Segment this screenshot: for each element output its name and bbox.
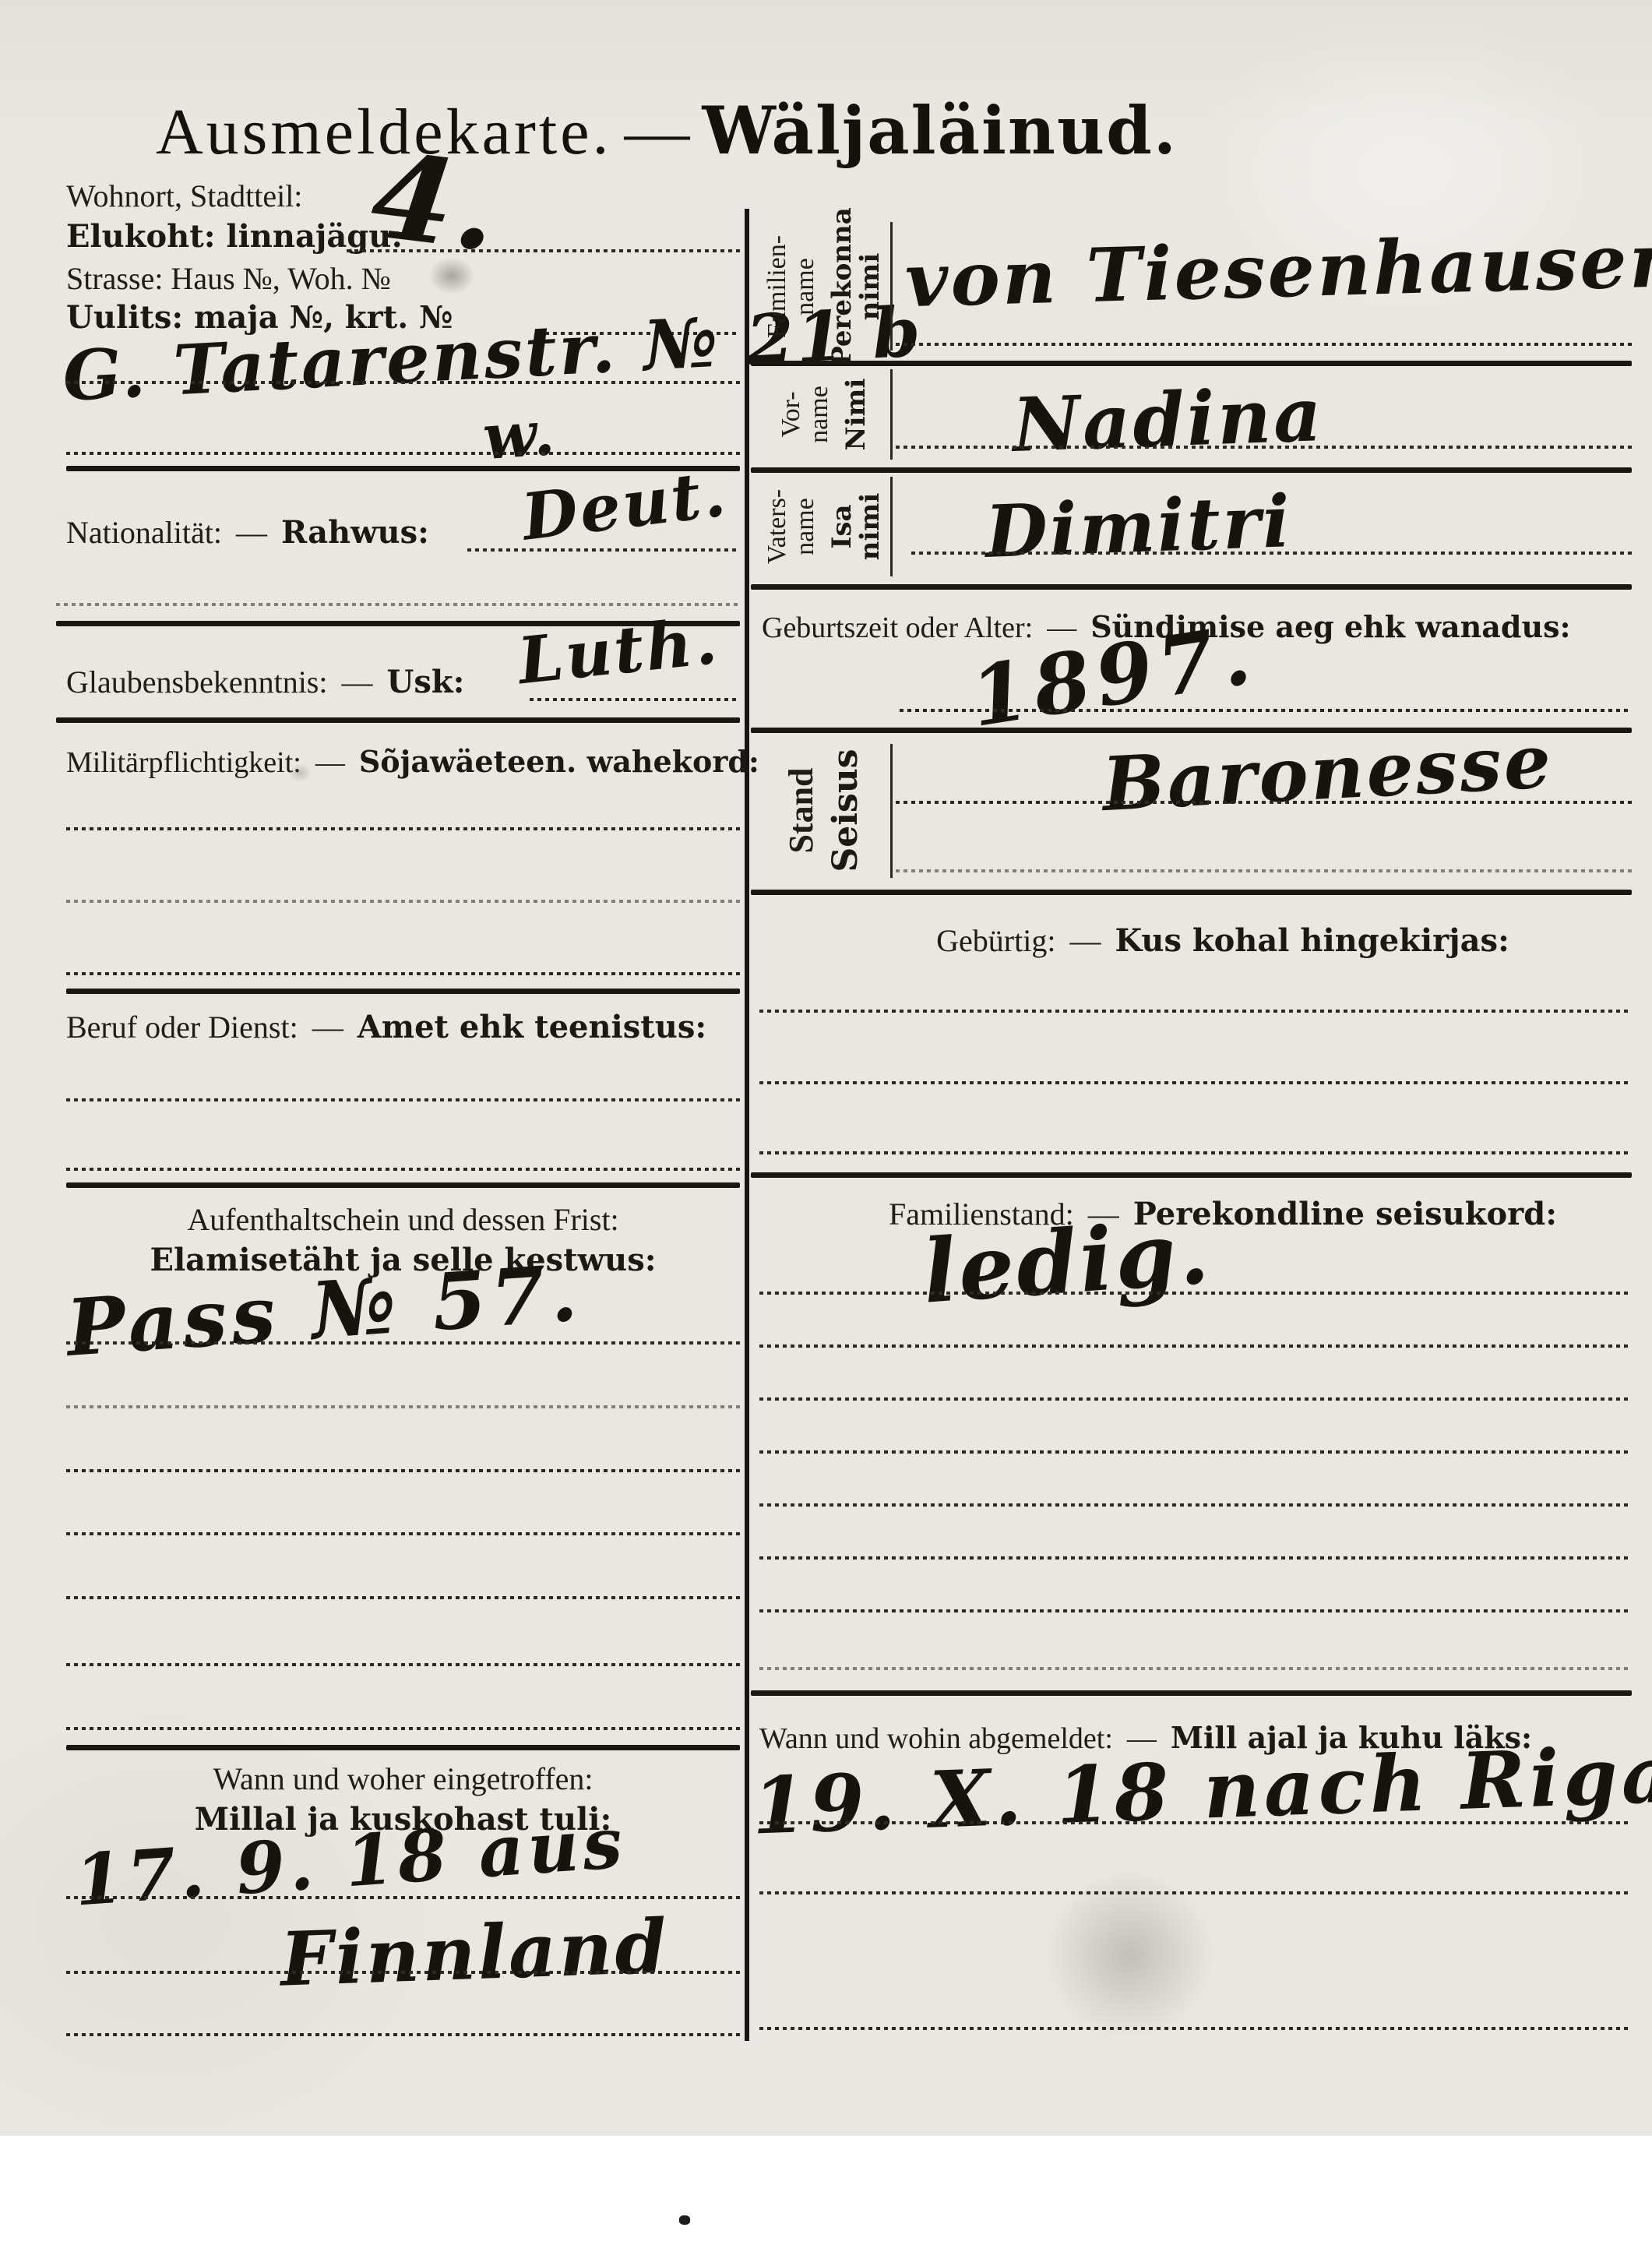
dotted-line: [66, 2033, 740, 2036]
dotted-line: [759, 1503, 1632, 1507]
ink-blot: [679, 2215, 690, 2225]
section-rule: [751, 584, 1632, 590]
dotted-line: [759, 1081, 1632, 1084]
section-rule: [751, 467, 1632, 473]
dotted-line: [66, 1405, 740, 1408]
dotted-line: [66, 900, 740, 903]
address-label-wohnort: Wohnort, Stadtteil:: [66, 179, 302, 213]
dotted-line: [66, 1896, 740, 1899]
ink-smudge: [1044, 1870, 1215, 2041]
handwriting-first-name: Nadina: [1011, 378, 1325, 463]
dotted-line: [66, 1168, 740, 1171]
dotted-line: [66, 452, 740, 455]
first-name-label-cell: Vor-name Nimi: [759, 366, 888, 463]
dotted-line: [56, 603, 740, 606]
title-dash: —: [624, 96, 689, 168]
dotted-line: [66, 972, 740, 975]
dotted-line: [66, 1532, 740, 1535]
profession-label: Beruf oder Dienst: — Amet ehk teenistus:: [66, 1010, 706, 1045]
profession-label-et: Amet ehk teenistus:: [358, 1010, 706, 1045]
handwriting-nationality: Deut.: [519, 461, 731, 550]
dotted-line: [759, 1450, 1632, 1454]
military-label-et: Sõjawäeteen. wahekord:: [359, 745, 759, 778]
origin-label-de: Gebürtig:: [936, 924, 1055, 958]
dotted-line: [530, 698, 740, 701]
handwriting-father-name: Dimitri: [985, 485, 1294, 568]
religion-label-et: Usk:: [387, 665, 465, 700]
label-dash: —: [1069, 924, 1101, 958]
section-rule: [751, 1172, 1632, 1178]
handwriting-arrival-place: Finnland: [279, 1909, 670, 1997]
section-rule: [751, 890, 1632, 895]
family-name-label-cell: Familien-name Perekonna nimi: [759, 220, 888, 354]
address-label-line3: Strasse: Haus №, Woh. №: [66, 262, 391, 296]
family-name-label-de: Familien-name: [763, 220, 819, 354]
dotted-line: [66, 1971, 740, 1974]
first-name-label-et: Nimi: [842, 379, 870, 451]
dotted-line: [759, 1292, 1632, 1295]
origin-label: Gebürtig: — Kus kohal hingekirjas:: [810, 924, 1636, 958]
label-cell-rule: [890, 222, 893, 351]
military-label-de: Militärpflichtigkeit:: [66, 747, 301, 780]
father-name-label-de: Vaters-name: [763, 474, 819, 580]
dotted-line: [759, 1151, 1632, 1154]
dotted-line: [759, 1667, 1632, 1670]
dotted-line: [759, 1821, 1632, 1824]
dotted-line: [66, 1469, 740, 1472]
status-label-de: Stand: [784, 767, 820, 853]
dotted-line: [66, 1727, 740, 1730]
section-rule: [66, 1745, 740, 1750]
address-label-strasse: Strasse: Haus №, Woh. №: [66, 262, 391, 296]
dotted-line: [911, 552, 1632, 555]
label-cell-rule: [890, 477, 893, 576]
address-label-line1: Wohnort, Stadtteil:: [66, 179, 302, 213]
dotted-line: [759, 1556, 1632, 1560]
dotted-line: [900, 709, 1632, 712]
section-rule: [56, 717, 740, 723]
dotted-line: [759, 1609, 1632, 1612]
nationality-label-et: Rahwus:: [281, 516, 429, 550]
column-divider-rule: [745, 209, 749, 2041]
card-title: Ausmeldekarte. — Wäljaläinud.: [156, 92, 1044, 170]
dotted-line: [66, 1341, 740, 1345]
label-dash: —: [342, 665, 373, 700]
label-cell-rule: [890, 369, 893, 460]
origin-label-et: Kus kohal hingekirjas:: [1115, 924, 1509, 958]
scanned-card-paper: Ausmeldekarte. — Wäljaläinud. 4. Wohnort…: [0, 0, 1652, 2136]
nationality-label: Nationalität: — Rahwus:: [66, 516, 429, 550]
section-rule: [66, 1182, 740, 1188]
father-name-label-cell: Vaters-name Isa nimi: [759, 474, 888, 580]
status-label-cell: Stand Seisus: [759, 738, 888, 883]
dotted-line: [896, 801, 1632, 804]
handwriting-religion: Luth.: [515, 609, 721, 694]
family-name-label-et: Perekonna nimi: [828, 207, 884, 366]
handwriting-address-line2: w.: [481, 401, 558, 468]
dotted-line: [759, 2027, 1632, 2030]
first-name-label-de: Vor-name: [777, 366, 833, 463]
military-label: Militärpflichtigkeit: — Sõjawäeteen. wah…: [66, 745, 759, 780]
permit-label-de: Aufenthaltschein und dessen Frist:: [187, 1203, 618, 1237]
dotted-line: [759, 1891, 1632, 1894]
dotted-line: [759, 1397, 1632, 1401]
handwriting-status: Baronesse: [1101, 724, 1555, 822]
arrival-label-de-line: Wann und woher eingetroffen:: [66, 1762, 740, 1796]
label-dash: —: [236, 516, 267, 550]
dotted-line: [467, 548, 740, 552]
arrival-label-de: Wann und woher eingetroffen:: [213, 1762, 593, 1796]
card-title-estonian: Wäljaläinud.: [702, 92, 1178, 169]
handwriting-family-name: von Tiesenhausen: [904, 224, 1652, 318]
dotted-line: [759, 1010, 1632, 1013]
dotted-line: [347, 249, 740, 252]
nationality-label-de: Nationalität:: [66, 516, 222, 550]
section-rule: [751, 1690, 1632, 1696]
dotted-line: [66, 381, 740, 384]
dotted-line: [896, 869, 1632, 872]
father-name-label-et: Isa nimi: [828, 474, 884, 580]
dotted-line: [66, 1663, 740, 1666]
dotted-line: [66, 1596, 740, 1599]
permit-label-de-line: Aufenthaltschein und dessen Frist:: [66, 1203, 740, 1237]
dotted-line: [66, 827, 740, 830]
religion-label-de: Glaubensbekenntnis:: [66, 665, 328, 700]
section-rule: [66, 989, 740, 994]
label-dash: —: [315, 747, 345, 780]
dotted-line: [66, 1098, 740, 1101]
religion-label: Glaubensbekenntnis: — Usk:: [66, 665, 464, 700]
profession-label-de: Beruf oder Dienst:: [66, 1010, 298, 1045]
label-dash: —: [312, 1010, 343, 1045]
handwriting-marital-status: ledig.: [921, 1209, 1214, 1316]
label-cell-rule: [890, 744, 893, 878]
dotted-line: [896, 343, 1632, 346]
status-label-et: Seisus: [828, 749, 865, 872]
birth-label-de: Geburtszeit oder Alter:: [762, 612, 1033, 645]
dotted-line: [759, 1345, 1632, 1348]
dotted-line: [896, 446, 1632, 449]
section-rule: [751, 361, 1632, 366]
